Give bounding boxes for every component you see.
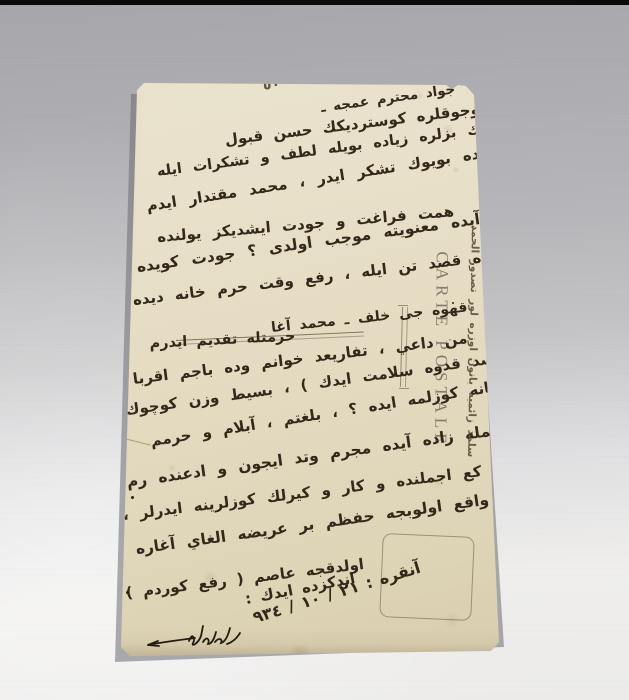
photo-top-black-band bbox=[0, 0, 629, 5]
signature-flourish bbox=[145, 610, 245, 658]
ink-speck bbox=[131, 496, 134, 499]
handwriting-line: حرمتله تقديم ايدرم bbox=[149, 328, 296, 352]
ink-speck bbox=[126, 591, 129, 594]
photo-scene: CARTE POSTALE ٥٠ جواد محترم عمجه ـ رفيقم… bbox=[0, 0, 629, 700]
ink-speck bbox=[452, 302, 454, 304]
printed-line-cap-bottom bbox=[399, 388, 409, 389]
